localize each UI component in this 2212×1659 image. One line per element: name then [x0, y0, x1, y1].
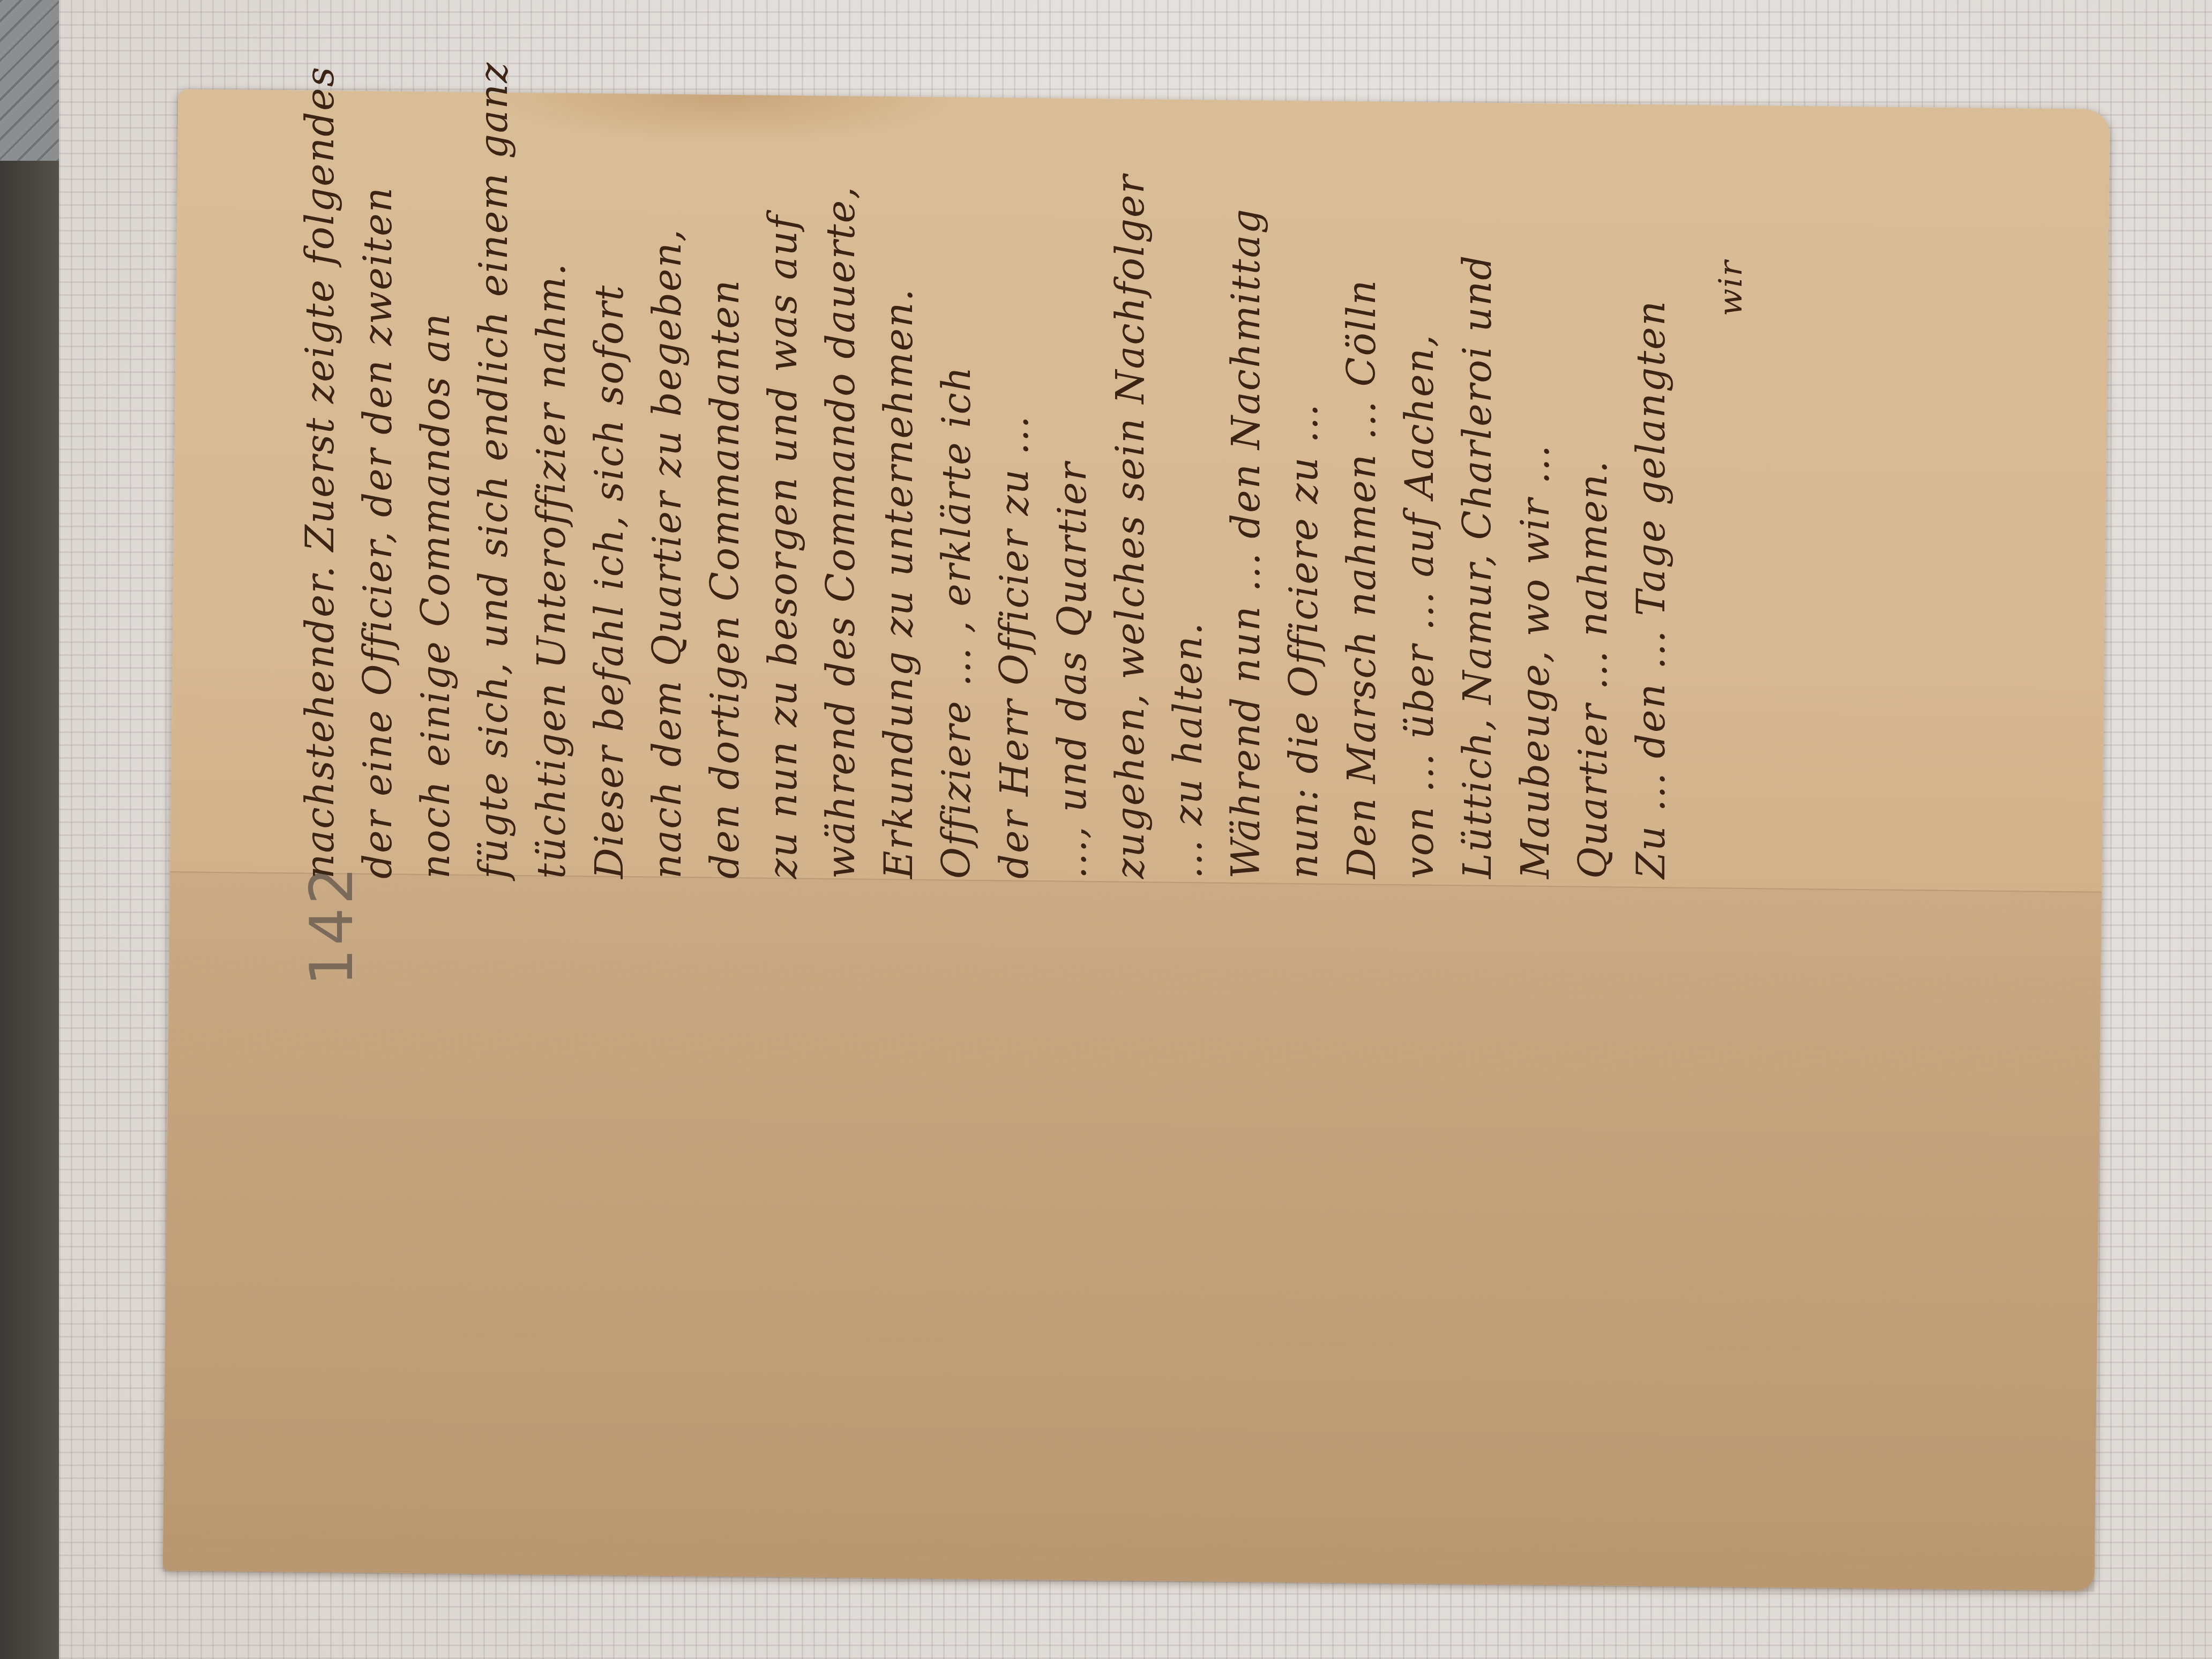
text-line: Lüttich, Namur, Charleroi und — [1455, 255, 1500, 879]
text-line: nun: die Officiere zu ... — [1281, 403, 1326, 879]
text-line: nachstehender. Zuerst zeigte folgendes — [297, 66, 342, 879]
text-line: zu nun zu besorgen und was auf — [760, 214, 805, 879]
text-line: Den Marsch nahmen ... Cölln — [1339, 279, 1384, 879]
catchword: wir — [1712, 260, 1750, 316]
text-line: zugehen, welches sein Nachfolger — [1108, 174, 1153, 879]
text-line: der Herr Officier zu ... — [992, 415, 1037, 879]
handwritten-text-block: nachstehender. Zuerst zeigte folgendes d… — [297, 129, 2066, 879]
text-line: nach dem Quartier zu begeben, — [645, 228, 690, 879]
text-line: Offiziere ... , erklärte ich — [934, 366, 979, 879]
text-line: ... zu halten. — [1165, 622, 1210, 879]
text-line: während des Commando dauerte, — [818, 186, 863, 879]
text-line: von ... über ... auf Aachen, — [1397, 334, 1442, 879]
dark-background-strip — [0, 0, 59, 1659]
text-line: tüchtigen Unteroffizier nahm. — [529, 263, 574, 879]
text-line: ..., und das Quartier — [1050, 461, 1095, 879]
text-line: Quartier ... nahmen. — [1571, 460, 1616, 879]
text-line: noch einige Commandos an — [413, 312, 458, 879]
text-line: Dieser befahl ich, sich sofort — [587, 285, 632, 879]
text-line: Maubeuge, wo wir ... — [1513, 444, 1558, 879]
text-line: Während nun ... den Nachmittag — [1223, 208, 1268, 879]
text-line: den dortigen Commandanten — [703, 279, 748, 879]
paper-fold-area — [163, 871, 2102, 1592]
text-line: Erkundung zu unternehmen. — [876, 288, 921, 879]
grey-paper-edge — [0, 0, 59, 161]
text-line: der eine Officier, der den zweiten — [355, 186, 400, 879]
text-line: Zu ... den ... Tage gelangten — [1628, 300, 1673, 879]
folio-number: 142 — [297, 864, 366, 986]
text-line: fügte sich, und sich endlich einem ganz — [471, 62, 516, 879]
